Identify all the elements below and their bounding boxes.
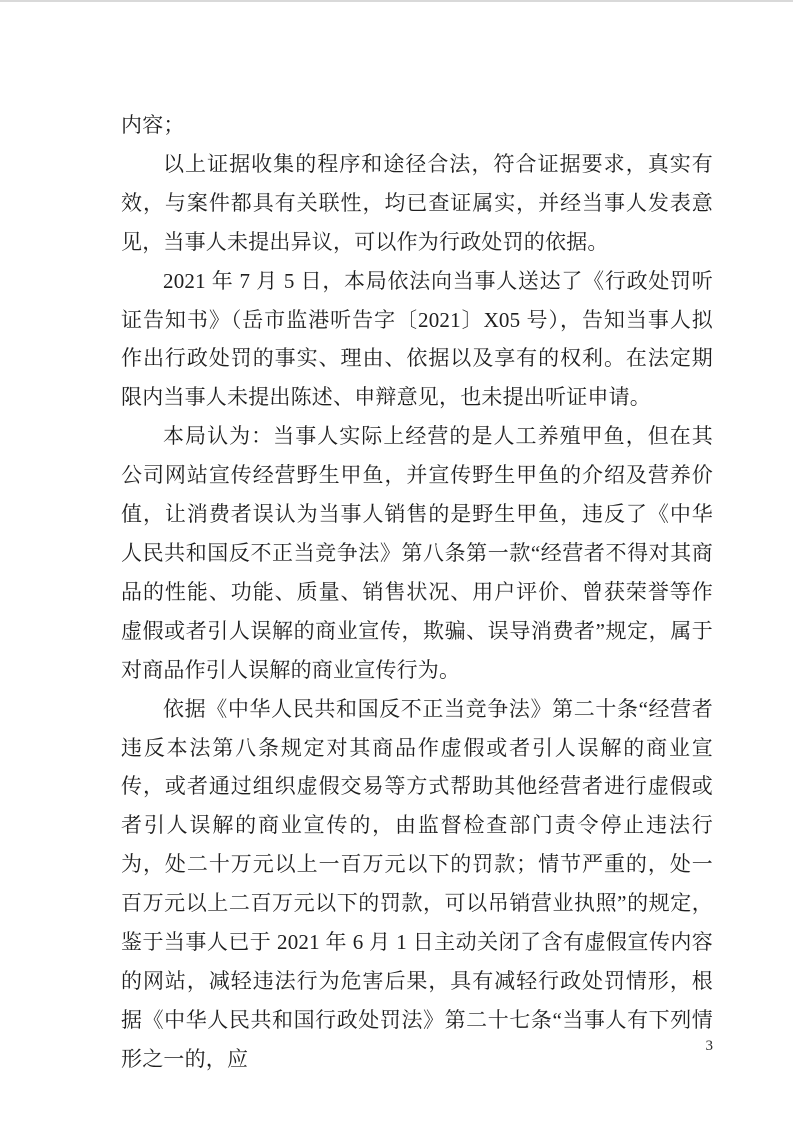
paragraph: 以上证据收集的程序和途径合法，符合证据要求，真实有效，与案件都具有关联性，均已查…	[121, 145, 713, 262]
page-footer: 3	[0, 1036, 713, 1056]
paragraph: 依据《中华人民共和国反不正当竞争法》第二十条“经营者违反本法第八条规定对其商品作…	[121, 690, 713, 1079]
scan-edge-line	[0, 0, 793, 2]
page-number: 3	[706, 1038, 714, 1054]
paragraph: 本局认为：当事人实际上经营的是人工养殖甲鱼，但在其公司网站宣传经营野生甲鱼，并宣…	[121, 417, 713, 689]
document-page: 内容；以上证据收集的程序和途径合法，符合证据要求，真实有效，与案件都具有关联性，…	[0, 0, 793, 1122]
document-body-text: 内容；以上证据收集的程序和途径合法，符合证据要求，真实有效，与案件都具有关联性，…	[121, 106, 713, 1079]
paragraph: 2021 年 7 月 5 日，本局依法向当事人送达了《行政处罚听证告知书》（岳市…	[121, 262, 713, 418]
paragraph: 内容；	[121, 106, 713, 145]
